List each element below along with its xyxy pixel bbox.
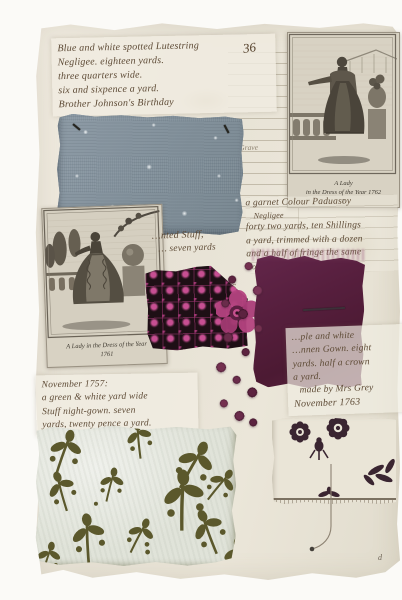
note-printed-stuff: …nted Stuff, … seven yards	[152, 226, 253, 257]
note-line: Brother Johnson's Birthday	[58, 94, 270, 112]
fringe-trim	[213, 255, 273, 429]
engraving-caption: A Lady	[288, 180, 399, 189]
album-photo: y Grave Blue and white spotted Lutestrin…	[0, 0, 402, 600]
note-linen-gown: …ple and white …nnen Gown. eight yards. …	[285, 324, 402, 417]
engraving-lady-1762-image	[288, 33, 397, 175]
linen-pattern	[272, 418, 396, 504]
engraving-lady-1762: A Lady in the Dress of the Year 1762 7	[287, 32, 400, 208]
note-line: November 1763	[294, 395, 402, 413]
page-number: 36	[242, 39, 257, 57]
floral-pattern	[36, 425, 237, 566]
swatch-floral-stuff	[36, 425, 237, 566]
swatch-linen	[272, 418, 396, 504]
corner-mark: d	[378, 553, 382, 562]
frayed-edge	[272, 500, 396, 504]
engraving-lady-1761-image	[42, 205, 163, 339]
